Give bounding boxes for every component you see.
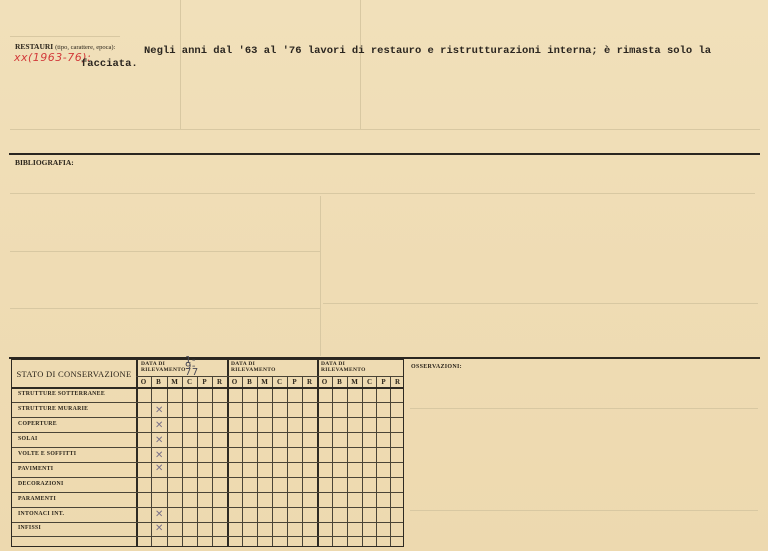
restauri-label-text: RESTAURI xyxy=(15,42,53,51)
col-r: R xyxy=(212,378,227,386)
table-rule xyxy=(12,536,403,537)
col-r: R xyxy=(390,378,405,386)
col-b: B xyxy=(242,378,257,386)
ghost-line xyxy=(360,0,361,130)
ghost-line xyxy=(410,510,758,511)
restauri-typed-line-2: facciata. xyxy=(81,58,138,70)
date-header-line2: RILEVAMENTO xyxy=(141,367,186,373)
col-b: B xyxy=(151,378,166,386)
col-c: C xyxy=(182,378,197,386)
col-p: P xyxy=(287,378,302,386)
conservation-table: STATO DI CONSERVAZIONE xyxy=(11,359,404,547)
table-rule xyxy=(12,402,403,403)
row-label: PAVIMENTI xyxy=(18,466,53,472)
col-m: M xyxy=(347,378,362,386)
form-sheet: RESTAURI (tipo, carattere, epoca): xx(19… xyxy=(0,0,768,551)
col-c: C xyxy=(362,378,377,386)
ghost-line xyxy=(180,0,181,130)
survey-date-1: 1-9-77 xyxy=(185,358,199,376)
ghost-line xyxy=(10,251,320,252)
pencil-x-mark: ✕ xyxy=(155,464,163,474)
table-rule xyxy=(136,376,403,377)
col-c: C xyxy=(272,378,287,386)
pencil-x-mark: ✕ xyxy=(155,451,163,461)
col-m: M xyxy=(167,378,182,386)
row-label: VOLTE E SOFFITTI xyxy=(18,451,76,457)
pencil-x-mark: ✕ xyxy=(155,406,163,416)
ghost-line xyxy=(10,129,760,130)
row-label: COPERTURE xyxy=(18,421,57,427)
ghost-line xyxy=(10,193,755,194)
row-label: DECORAZIONI xyxy=(18,481,64,487)
col-o: O xyxy=(136,378,151,386)
date-header-3: DATA DI RILEVAMENTO xyxy=(321,361,366,373)
section-divider xyxy=(9,153,760,155)
table-rule xyxy=(12,432,403,433)
pencil-x-mark: ✕ xyxy=(155,524,163,534)
row-label: INFISSI xyxy=(18,525,41,531)
col-o: O xyxy=(317,378,332,386)
table-rule xyxy=(12,507,403,508)
table-rule xyxy=(12,417,403,418)
col-o: O xyxy=(227,378,242,386)
ghost-line xyxy=(410,408,758,409)
row-label: SOLAI xyxy=(18,436,38,442)
date-header-line2: RILEVAMENTO xyxy=(321,367,366,373)
restauri-label: RESTAURI (tipo, carattere, epoca): xyxy=(15,42,115,51)
bibliografia-label: BIBLIOGRAFIA: xyxy=(15,158,74,167)
pencil-x-mark: ✕ xyxy=(155,510,163,520)
row-label: STRUTTURE MURARIE xyxy=(18,406,88,412)
restauri-handwritten-date: xx(1963-76): xyxy=(14,51,91,64)
date-header-1: DATA DI RILEVAMENTO 1-9-77 xyxy=(141,361,186,373)
restauri-label-hint: (tipo, carattere, epoca): xyxy=(55,44,115,51)
row-label: INTONACI INT. xyxy=(18,511,64,517)
ghost-line xyxy=(320,196,321,356)
osservazioni-label: OSSERVAZIONI: xyxy=(411,364,462,370)
col-r: R xyxy=(302,378,317,386)
restauri-typed-line-1: Negli anni dal '63 al '76 lavori di rest… xyxy=(144,45,711,57)
col-b: B xyxy=(332,378,347,386)
date-header-line2: RILEVAMENTO xyxy=(231,367,276,373)
table-rule xyxy=(12,462,403,463)
pencil-x-mark: ✕ xyxy=(155,421,163,431)
table-rule xyxy=(12,492,403,493)
col-m: M xyxy=(257,378,272,386)
ghost-line xyxy=(323,303,758,304)
conservation-title: STATO DI CONSERVAZIONE xyxy=(12,360,136,387)
date-header-2: DATA DI RILEVAMENTO xyxy=(231,361,276,373)
table-rule xyxy=(12,387,403,389)
table-rule xyxy=(12,477,403,478)
pencil-x-mark: ✕ xyxy=(155,436,163,446)
row-label: PARAMENTI xyxy=(18,496,56,502)
ghost-line xyxy=(10,36,120,37)
col-p: P xyxy=(197,378,212,386)
table-rule xyxy=(12,522,403,523)
col-p: P xyxy=(376,378,391,386)
ghost-line xyxy=(10,308,320,309)
row-label: STRUTTURE SOTTERRANEE xyxy=(18,391,105,397)
table-rule xyxy=(12,447,403,448)
